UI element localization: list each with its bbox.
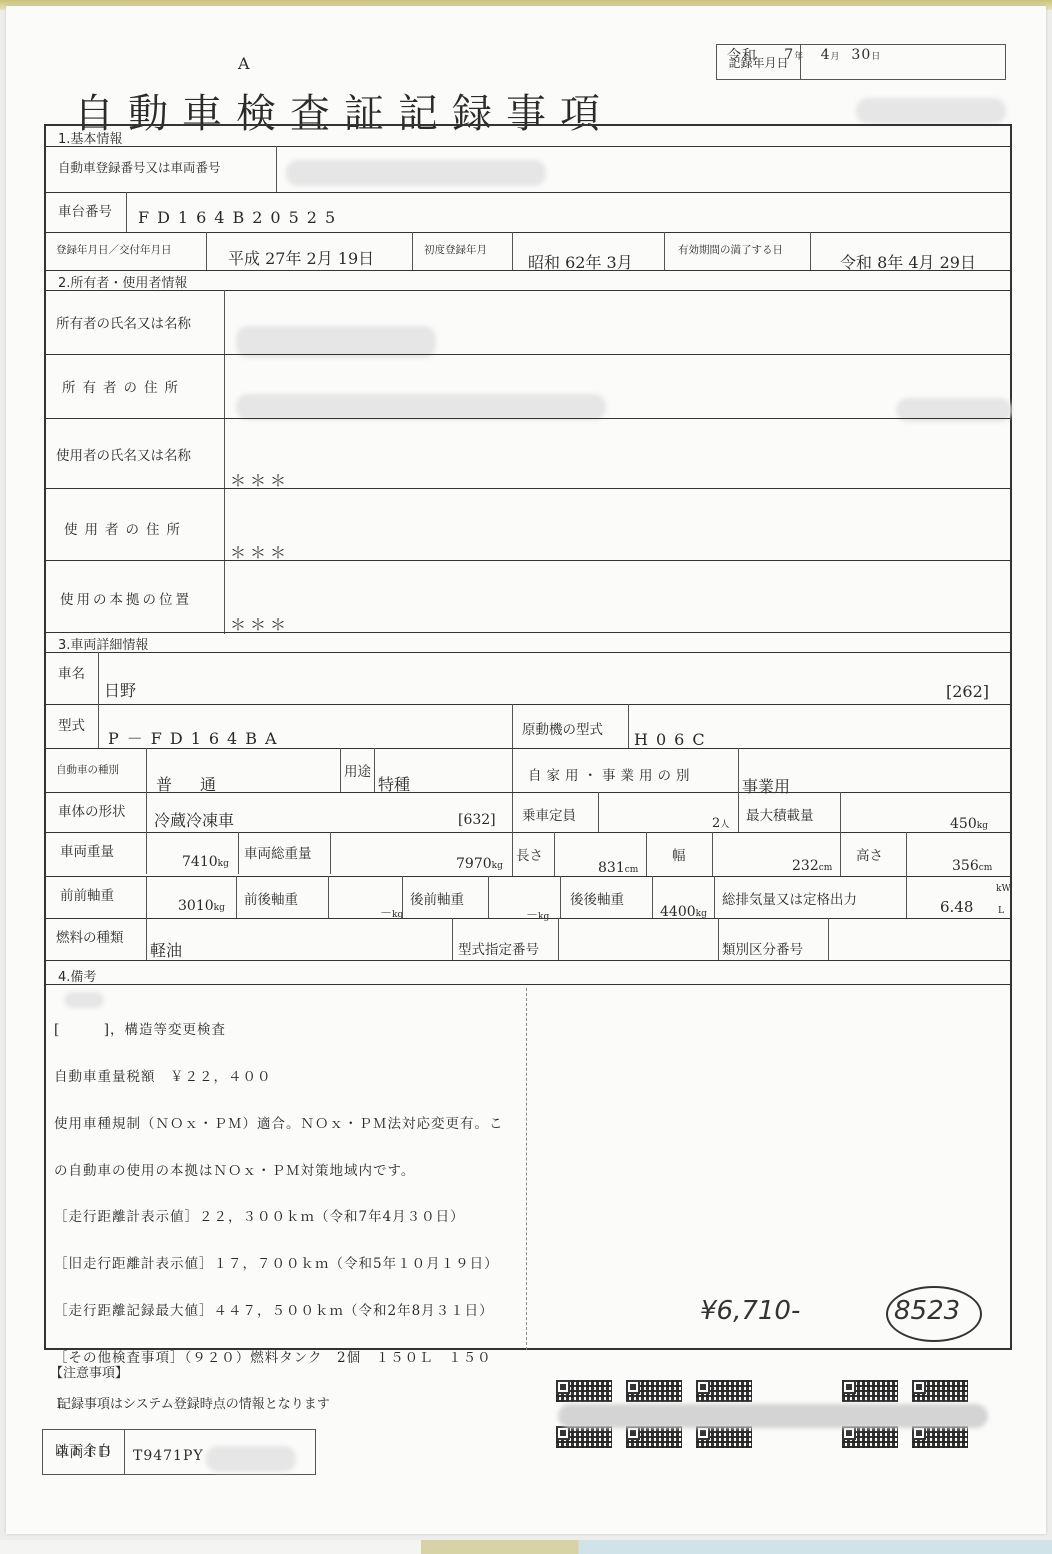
remark-line: ［走行距離記録最大値］４４７，５００ｋｍ（令和2年8月３１日）	[54, 1304, 504, 1320]
base-location-label: 使用の本拠の位置	[60, 588, 192, 608]
fuel-type-label: 燃料の種類	[56, 926, 124, 946]
category-number-label: 類別区分番号	[722, 938, 803, 958]
car-name-code: [262]	[946, 682, 989, 701]
body-shape-label: 車体の形状	[58, 800, 126, 820]
qr-code-icon	[626, 1426, 682, 1448]
reg-date-label: 登録年月日／交付年月日	[56, 242, 172, 257]
owner-address-redacted	[236, 394, 606, 420]
ff-axle-number: 3010	[178, 898, 214, 914]
qr-code-icon	[696, 1380, 752, 1402]
kg-unit: kg	[492, 861, 503, 871]
qr-code-icon	[912, 1426, 968, 1448]
capacity-unit: 人	[720, 820, 729, 830]
record-date-box: 記録年月日 令和 7年 4月 30日	[716, 44, 1006, 80]
engine-model-value: H06C	[634, 730, 713, 749]
car-name-value: 日野	[104, 678, 136, 701]
chassis-number-label: 車台番号	[58, 200, 112, 220]
form-mark: A	[238, 54, 250, 73]
type-designation-label: 型式指定番号	[458, 938, 539, 958]
engine-model-label: 原動機の型式	[522, 718, 603, 738]
ff-axle-label: 前前軸重	[60, 884, 114, 904]
record-date-month: 4	[821, 47, 831, 63]
gross-weight-value: 7970kg	[456, 856, 503, 872]
year-unit: 年	[794, 49, 804, 62]
reg-number-label: 自動車登録番号又は車両番号	[58, 158, 221, 176]
record-date-value: 令和 7年 4月 30日	[717, 45, 881, 65]
user-address-label: 使用者の住所	[64, 518, 187, 538]
record-date-era: 令和	[727, 45, 757, 65]
paper-edge-bottom	[0, 1540, 1052, 1554]
document-page: A 自動車検査証記録事項 記録年月日 令和 7年 4月 30日 1.基本情報 自…	[6, 6, 1046, 1534]
remark-line: 自動車重量税額 ￥２２，４００	[54, 1070, 504, 1086]
height-label: 高さ	[856, 844, 883, 864]
cm-unit: cm	[625, 865, 639, 875]
private-business-value: 事業用	[742, 774, 790, 797]
kg-unit: kg	[538, 912, 549, 922]
height-number: 356	[952, 858, 979, 874]
remarks-divider	[526, 988, 527, 1350]
rf-axle-label: 後前軸重	[410, 888, 464, 908]
vehicle-category-label: 自動車の種別	[56, 762, 119, 777]
displacement-unit-l: L	[998, 906, 1004, 916]
height-value: 356cm	[952, 858, 992, 874]
rf-axle-value: －kg	[526, 906, 549, 923]
expiry-label: 有効期間の満了する日	[678, 242, 783, 257]
qr-code-icon	[696, 1426, 752, 1448]
remark-line: の自動車の使用の本拠はＮＯｘ・ＰＭ対策地域内です。	[54, 1164, 504, 1180]
rf-axle-number: －	[526, 908, 538, 922]
remark-line: ［旧走行距離計表示値］１７，７００ｋｍ（令和5年１０月１９日）	[54, 1257, 504, 1273]
record-date-year: 7	[784, 47, 794, 63]
record-form: 1.基本情報 自動車登録番号又は車両番号 車台番号 FD164B20525 登録…	[44, 124, 1012, 1350]
handwritten-amount: ¥6,710-	[700, 1296, 800, 1326]
width-label: 幅	[672, 844, 686, 864]
qr-code-icon	[842, 1426, 898, 1448]
body-shape-value: 冷蔵冷凍車	[154, 808, 234, 831]
reg-date-value: 平成 27年 2月 19日	[228, 246, 374, 269]
notice-title: 【注意事項】	[50, 1362, 128, 1381]
remark-line: ［走行距離計表示値］２２，３００ｋｍ（令和7年4月３０日）	[54, 1210, 504, 1226]
max-load-number: 450	[950, 816, 977, 832]
displacement-value: 6.48	[940, 898, 973, 916]
length-number: 831	[598, 860, 625, 876]
capacity-label: 乗車定員	[522, 804, 576, 824]
chassis-number-value: FD164B20525	[138, 208, 343, 227]
qr-code-icon	[842, 1380, 898, 1402]
first-reg-label: 初度登録年月	[424, 242, 487, 257]
vehicle-weight-number: 7410	[182, 854, 218, 870]
remarks-text: [ ]，構造等変更検査 自動車重量税額 ￥２２，４００ 使用車種規制（ＮＯｘ・Ｐ…	[54, 992, 504, 1491]
max-load-value: 450kg	[950, 816, 988, 832]
kg-unit: kg	[977, 821, 988, 831]
month-unit: 月	[830, 49, 840, 62]
qr-code-icon	[556, 1426, 612, 1448]
width-number: 232	[792, 858, 819, 874]
notice-text: 記録事項はシステム登録時点の情報となります	[58, 1393, 330, 1412]
remark-line: [ ]，構造等変更検査	[54, 1023, 504, 1039]
length-label: 長さ	[516, 844, 543, 864]
ff-axle-value: 3010kg	[178, 898, 225, 914]
qr-code-icon	[626, 1380, 682, 1402]
cm-unit: cm	[819, 863, 833, 873]
body-shape-code: [632]	[458, 812, 496, 828]
vehicle-id-redacted	[206, 1446, 296, 1472]
capacity-value: 2人	[712, 816, 729, 831]
handwritten-circled-number: 8523	[894, 1296, 960, 1326]
remark-redacted	[64, 992, 104, 1008]
vehicle-weight-label: 車両重量	[60, 840, 114, 860]
kg-unit: kg	[214, 903, 225, 913]
car-name-label: 車名	[58, 662, 85, 682]
section-owner-user-title: 2.所有者・使用者情報	[58, 272, 187, 291]
width-value: 232cm	[792, 858, 832, 874]
vehicle-weight-value: 7410kg	[182, 854, 229, 870]
rr-axle-label: 後後軸重	[570, 888, 624, 908]
fr-axle-label: 前後軸重	[244, 888, 298, 908]
qr-code-icon	[556, 1380, 612, 1402]
gross-weight-number: 7970	[456, 856, 492, 872]
use-label: 用途	[344, 760, 371, 780]
fuel-type-value: 軽油	[150, 938, 182, 961]
redacted-area	[856, 98, 1006, 124]
vehicle-id-label: 車両ＩＤ	[43, 1430, 125, 1474]
cm-unit: cm	[979, 863, 993, 873]
day-unit: 日	[871, 49, 881, 62]
section-remarks-title: 4.備考	[58, 966, 96, 985]
remark-line: 使用車種規制（ＮＯｘ・ＰＭ）適合。ＮＯｘ・ＰＭ法対応変更有。こ	[54, 1117, 504, 1133]
model-value: P－FD164BA	[108, 726, 285, 749]
model-label: 型式	[58, 714, 85, 734]
max-load-label: 最大積載量	[746, 804, 814, 824]
displacement-label: 総排気量又は定格出力	[722, 888, 857, 908]
section-basic-info-title: 1.基本情報	[58, 128, 122, 147]
length-value: 831cm	[598, 860, 638, 876]
qr-code-icon	[912, 1380, 968, 1402]
owner-address-label: 所有者の住所	[62, 376, 185, 396]
qr-redacted-band	[558, 1404, 988, 1428]
section-vehicle-detail-title: 3.車両詳細情報	[58, 634, 148, 653]
record-date-day: 30	[851, 47, 871, 63]
kg-unit: kg	[218, 859, 229, 869]
owner-name-label: 所有者の氏名又は名称	[56, 312, 191, 332]
user-name-label: 使用者の氏名又は名称	[56, 444, 191, 464]
gross-weight-label: 車両総重量	[244, 842, 312, 862]
displacement-unit-kw: kW	[996, 884, 1011, 894]
private-business-label: 自家用・事業用の別	[528, 764, 695, 784]
reg-number-redacted	[286, 160, 546, 186]
